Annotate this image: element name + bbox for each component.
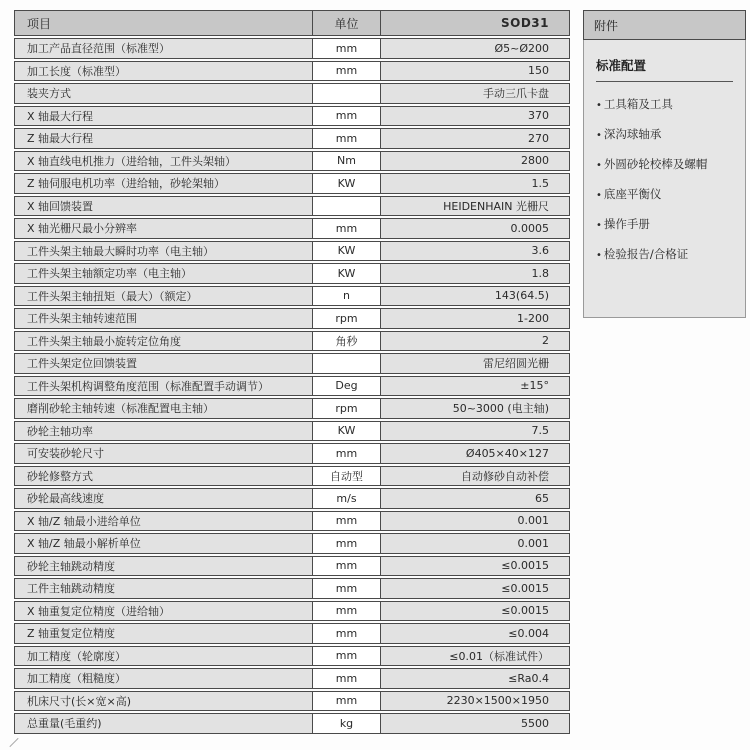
- table-row: 可安装砂轮尺寸 mm Ø405×40×127: [14, 443, 570, 464]
- spec-item-cell: 工件头架主轴扭矩（最大）（额定）: [15, 287, 313, 306]
- bullet-icon: •: [596, 190, 602, 201]
- spec-item-cell: 磨削砂轮主轴转速（标准配置电主轴）: [15, 399, 313, 418]
- column-header-unit: 单位: [313, 11, 381, 35]
- spec-unit-cell: mm: [313, 624, 381, 643]
- table-row: 总重量(毛重约) kg 5500: [14, 713, 570, 734]
- spec-value-cell: 自动修砂自动补偿: [381, 467, 569, 486]
- table-row: X 轴重复定位精度（进给轴） mm ≤0.0015: [14, 601, 570, 622]
- list-item-label: 深沟球轴承: [604, 127, 662, 141]
- spec-item-cell: X 轴/Z 轴最小进给单位: [15, 512, 313, 531]
- column-header-item: 项目: [15, 11, 313, 35]
- spec-item-cell: 工件头架主轴转速范围: [15, 309, 313, 328]
- standard-config-title: 标准配置: [596, 56, 733, 82]
- table-row: 工件头架机构调整角度范围（标准配置手动调节） Deg ±15°: [14, 376, 570, 397]
- spec-unit-cell: [313, 197, 381, 216]
- table-row: 工件主轴跳动精度 mm ≤0.0015: [14, 578, 570, 599]
- table-row: 工件头架主轴额定功率（电主轴） KW 1.8: [14, 263, 570, 284]
- list-item: •外圆砂轮校棒及螺帽: [596, 150, 733, 180]
- spec-unit-cell: KW: [313, 242, 381, 261]
- bullet-icon: •: [596, 250, 602, 261]
- table-row: 工件头架主轴最小旋转定位角度 角秒 2: [14, 331, 570, 352]
- spec-value-cell: 150: [381, 62, 569, 81]
- spec-unit-cell: kg: [313, 714, 381, 733]
- table-row: 砂轮主轴功率 KW 7.5: [14, 421, 570, 442]
- list-item-label: 底座平衡仪: [604, 187, 662, 201]
- table-header-row: 项目 单位 SOD31: [14, 10, 570, 36]
- spec-item-cell: 工件主轴跳动精度: [15, 579, 313, 598]
- spec-item-cell: X 轴/Z 轴最小解析单位: [15, 534, 313, 553]
- table-row: 工件头架主轴转速范围 rpm 1-200: [14, 308, 570, 329]
- spec-unit-cell: mm: [313, 129, 381, 148]
- spec-item-cell: 砂轮修整方式: [15, 467, 313, 486]
- spec-value-cell: 1.5: [381, 174, 569, 193]
- spec-item-cell: 总重量(毛重约): [15, 714, 313, 733]
- table-row: 磨削砂轮主轴转速（标准配置电主轴） rpm 50~3000 (电主轴): [14, 398, 570, 419]
- table-row: 砂轮主轴跳动精度 mm ≤0.0015: [14, 556, 570, 577]
- spec-unit-cell: mm: [313, 107, 381, 126]
- table-row: Z 轴伺服电机功率（进给轴，砂轮架轴） KW 1.5: [14, 173, 570, 194]
- spec-item-cell: 加工产品直径范围（标准型）: [15, 39, 313, 58]
- spec-item-cell: 工件头架主轴最大瞬时功率（电主轴）: [15, 242, 313, 261]
- spec-item-cell: 可安装砂轮尺寸: [15, 444, 313, 463]
- spec-value-cell: 370: [381, 107, 569, 126]
- table-row: X 轴/Z 轴最小进给单位 mm 0.001: [14, 511, 570, 532]
- accessories-panel: 附件 标准配置 •工具箱及工具•深沟球轴承•外圆砂轮校棒及螺帽•底座平衡仪•操作…: [583, 10, 746, 318]
- spec-unit-cell: mm: [313, 39, 381, 58]
- spec-item-cell: X 轴光栅尺最小分辨率: [15, 219, 313, 238]
- spec-unit-cell: mm: [313, 444, 381, 463]
- spec-item-cell: 工件头架机构调整角度范围（标准配置手动调节）: [15, 377, 313, 396]
- table-row: 加工精度（粗糙度） mm ≤Ra0.4: [14, 668, 570, 689]
- spec-value-cell: 0.001: [381, 512, 569, 531]
- spec-value-cell: 3.6: [381, 242, 569, 261]
- list-item-label: 工具箱及工具: [604, 97, 673, 111]
- spec-unit-cell: mm: [313, 692, 381, 711]
- spec-unit-cell: mm: [313, 557, 381, 576]
- table-row: 工件头架定位回馈装置 雷尼绍圆光栅: [14, 353, 570, 374]
- spec-item-cell: 砂轮主轴跳动精度: [15, 557, 313, 576]
- standard-config-list: •工具箱及工具•深沟球轴承•外圆砂轮校棒及螺帽•底座平衡仪•操作手册•检验报告/…: [596, 90, 733, 270]
- table-row: 工件头架主轴最大瞬时功率（电主轴） KW 3.6: [14, 241, 570, 262]
- spec-item-cell: X 轴直线电机推力（进给轴，工件头架轴）: [15, 152, 313, 171]
- bullet-icon: •: [596, 220, 602, 231]
- table-row: 装夹方式 手动三爪卡盘: [14, 83, 570, 104]
- spec-value-cell: 7.5: [381, 422, 569, 441]
- spec-item-cell: 加工长度（标准型）: [15, 62, 313, 81]
- spec-value-cell: 143(64.5): [381, 287, 569, 306]
- spec-value-cell: 2800: [381, 152, 569, 171]
- spec-value-cell: 2230×1500×1950: [381, 692, 569, 711]
- spec-unit-cell: mm: [313, 512, 381, 531]
- spec-unit-cell: rpm: [313, 309, 381, 328]
- table-row: X 轴回馈装置 HEIDENHAIN 光栅尺: [14, 196, 570, 217]
- spec-unit-cell: Deg: [313, 377, 381, 396]
- spec-item-cell: 工件头架定位回馈装置: [15, 354, 313, 373]
- spec-value-cell: 1.8: [381, 264, 569, 283]
- spec-unit-cell: mm: [313, 219, 381, 238]
- spec-item-cell: 工件头架主轴额定功率（电主轴）: [15, 264, 313, 283]
- spec-unit-cell: KW: [313, 422, 381, 441]
- spec-value-cell: ≤0.0015: [381, 602, 569, 621]
- list-item-label: 检验报告/合格证: [604, 247, 688, 261]
- spec-value-cell: ≤0.0015: [381, 579, 569, 598]
- table-row: 工件头架主轴扭矩（最大）（额定） n 143(64.5): [14, 286, 570, 307]
- spec-value-cell: 50~3000 (电主轴): [381, 399, 569, 418]
- spec-value-cell: 1-200: [381, 309, 569, 328]
- table-row: 砂轮最高线速度 m/s 65: [14, 488, 570, 509]
- table-row: X 轴光栅尺最小分辨率 mm 0.0005: [14, 218, 570, 239]
- spec-value-cell: 雷尼绍圆光栅: [381, 354, 569, 373]
- table-row: 砂轮修整方式 自动型 自动修砂自动补偿: [14, 466, 570, 487]
- spec-item-cell: Z 轴伺服电机功率（进给轴，砂轮架轴）: [15, 174, 313, 193]
- spec-item-cell: Z 轴重复定位精度: [15, 624, 313, 643]
- spec-unit-cell: mm: [313, 669, 381, 688]
- table-row: X 轴/Z 轴最小解析单位 mm 0.001: [14, 533, 570, 554]
- spec-item-cell: 砂轮最高线速度: [15, 489, 313, 508]
- spec-unit-cell: mm: [313, 534, 381, 553]
- list-item: •操作手册: [596, 210, 733, 240]
- spec-value-cell: Ø405×40×127: [381, 444, 569, 463]
- spec-value-cell: 0.001: [381, 534, 569, 553]
- table-row: X 轴直线电机推力（进给轴，工件头架轴） Nm 2800: [14, 151, 570, 172]
- spec-unit-cell: mm: [313, 579, 381, 598]
- spec-item-cell: X 轴回馈装置: [15, 197, 313, 216]
- spec-value-cell: ≤0.004: [381, 624, 569, 643]
- spec-item-cell: X 轴最大行程: [15, 107, 313, 126]
- list-item: •检验报告/合格证: [596, 240, 733, 270]
- spec-unit-cell: mm: [313, 647, 381, 666]
- spec-unit-cell: [313, 354, 381, 373]
- bullet-icon: •: [596, 100, 602, 111]
- spec-value-cell: Ø5~Ø200: [381, 39, 569, 58]
- table-row: X 轴最大行程 mm 370: [14, 106, 570, 127]
- spec-value-cell: 0.0005: [381, 219, 569, 238]
- bullet-icon: •: [596, 160, 602, 171]
- table-row: Z 轴最大行程 mm 270: [14, 128, 570, 149]
- column-header-model: SOD31: [381, 11, 569, 35]
- accessories-header: 附件: [583, 10, 746, 40]
- spec-unit-cell: rpm: [313, 399, 381, 418]
- spec-item-cell: 砂轮主轴功率: [15, 422, 313, 441]
- spec-unit-cell: 角秒: [313, 332, 381, 351]
- spec-unit-cell: KW: [313, 264, 381, 283]
- list-item: •深沟球轴承: [596, 120, 733, 150]
- accessories-body: 标准配置 •工具箱及工具•深沟球轴承•外圆砂轮校棒及螺帽•底座平衡仪•操作手册•…: [583, 40, 746, 318]
- spec-unit-cell: Nm: [313, 152, 381, 171]
- spec-value-cell: ≤0.01（标准试件）: [381, 647, 569, 666]
- list-item-label: 操作手册: [604, 217, 650, 231]
- spec-unit-cell: KW: [313, 174, 381, 193]
- table-row: 机床尺寸(长×宽×高) mm 2230×1500×1950: [14, 691, 570, 712]
- spec-table: 项目 单位 SOD31 加工产品直径范围（标准型） mm Ø5~Ø200 加工长…: [14, 10, 570, 736]
- spec-item-cell: 装夹方式: [15, 84, 313, 103]
- spec-unit-cell: mm: [313, 62, 381, 81]
- spec-item-cell: 工件头架主轴最小旋转定位角度: [15, 332, 313, 351]
- spec-item-cell: 机床尺寸(长×宽×高): [15, 692, 313, 711]
- spec-item-cell: 加工精度（粗糙度）: [15, 669, 313, 688]
- spec-item-cell: Z 轴最大行程: [15, 129, 313, 148]
- table-row: 加工产品直径范围（标准型） mm Ø5~Ø200: [14, 38, 570, 59]
- page-corner-mark: [9, 738, 18, 747]
- spec-unit-cell: 自动型: [313, 467, 381, 486]
- list-item: •底座平衡仪: [596, 180, 733, 210]
- spec-value-cell: 手动三爪卡盘: [381, 84, 569, 103]
- spec-unit-cell: mm: [313, 602, 381, 621]
- spec-unit-cell: n: [313, 287, 381, 306]
- spec-item-cell: X 轴重复定位精度（进给轴）: [15, 602, 313, 621]
- table-row: 加工精度（轮廓度） mm ≤0.01（标准试件）: [14, 646, 570, 667]
- table-row: Z 轴重复定位精度 mm ≤0.004: [14, 623, 570, 644]
- spec-unit-cell: m/s: [313, 489, 381, 508]
- spec-value-cell: HEIDENHAIN 光栅尺: [381, 197, 569, 216]
- spec-unit-cell: [313, 84, 381, 103]
- spec-value-cell: 2: [381, 332, 569, 351]
- list-item: •工具箱及工具: [596, 90, 733, 120]
- table-row: 加工长度（标准型） mm 150: [14, 61, 570, 82]
- spec-item-cell: 加工精度（轮廓度）: [15, 647, 313, 666]
- spec-value-cell: ≤Ra0.4: [381, 669, 569, 688]
- list-item-label: 外圆砂轮校棒及螺帽: [604, 157, 708, 171]
- spec-value-cell: 65: [381, 489, 569, 508]
- spec-value-cell: 5500: [381, 714, 569, 733]
- spec-value-cell: ±15°: [381, 377, 569, 396]
- spec-value-cell: ≤0.0015: [381, 557, 569, 576]
- spec-value-cell: 270: [381, 129, 569, 148]
- bullet-icon: •: [596, 130, 602, 141]
